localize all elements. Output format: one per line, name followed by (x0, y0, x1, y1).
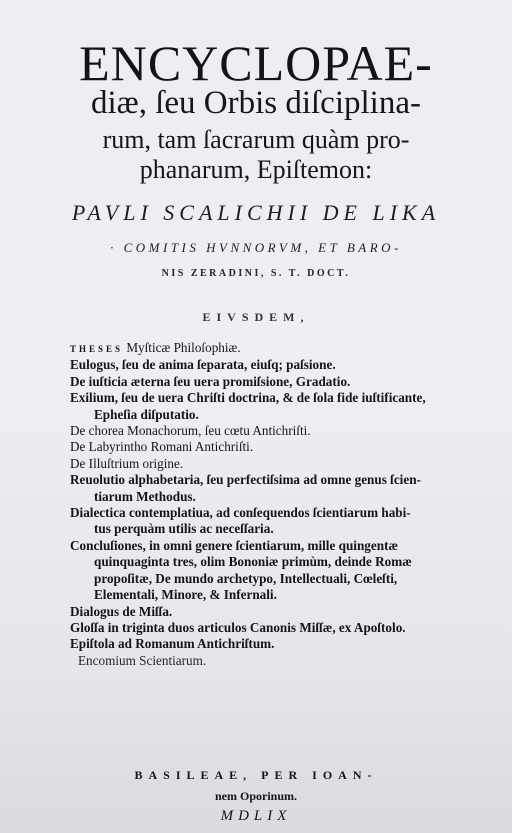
imprint-year: MDLIX (0, 808, 512, 825)
title-line-4: phanarum, Epiſtemon: (0, 155, 512, 185)
list-item: De Illuſtrium origine. (70, 456, 500, 472)
item-prefix: THESES (70, 344, 123, 354)
imprint-line-2: nem Oporinum. (0, 789, 512, 804)
title-page: ENCYCLOPAE- diæ, ſeu Orbis diſciplina- r… (0, 0, 512, 833)
author-name: PAVLI SCALICHII DE LIKA (0, 200, 512, 226)
list-item: De iuſticia æterna ſeu uera promiſsione,… (70, 374, 500, 390)
list-item: Concluſiones, in omni genere ſcientiarum… (70, 538, 500, 604)
author-title-line-1: · COMITIS HVNNORVM, ET BARO- (0, 240, 512, 256)
title-line-3: rum, tam ſacrarum quàm pro- (0, 125, 512, 155)
list-item: Reuolutio alphabetaria, ſeu perfectiſsim… (70, 472, 500, 505)
list-item: Dialectica contemplatiua, ad conſequendo… (70, 505, 500, 538)
title-line-1: ENCYCLOPAE- (0, 34, 512, 92)
list-item: Epiſtola ad Romanum Antichriſtum. (70, 636, 500, 652)
list-item: Eulogus, ſeu de anima ſeparata, eiuſq; p… (70, 357, 500, 373)
list-item: Dialogus de Miſſa. (70, 604, 500, 620)
list-item: De chorea Monachorum, ſeu cœtu Antichriſ… (70, 423, 500, 439)
list-item: Gloſſa in triginta duos articulos Canoni… (70, 620, 500, 636)
list-item: Encomium Scientiarum. (70, 653, 500, 669)
works-list: THESES Myſticæ Philoſophiæ. Eulogus, ſeu… (70, 340, 500, 669)
author-title-line-2: NIS ZERADINI, S. T. DOCT. (0, 268, 512, 279)
list-item: Exilium, ſeu de uera Chriſti doctrina, &… (70, 390, 500, 423)
imprint-line-1: BASILEAE, PER IOAN- (0, 768, 512, 783)
list-item: De Labyrintho Romani Antichriſti. (70, 439, 500, 455)
eiusdem-heading: EIVSDEM, (0, 310, 512, 325)
title-line-2: diæ, ſeu Orbis diſciplina- (0, 85, 512, 122)
list-item: THESES Myſticæ Philoſophiæ. (70, 340, 500, 357)
